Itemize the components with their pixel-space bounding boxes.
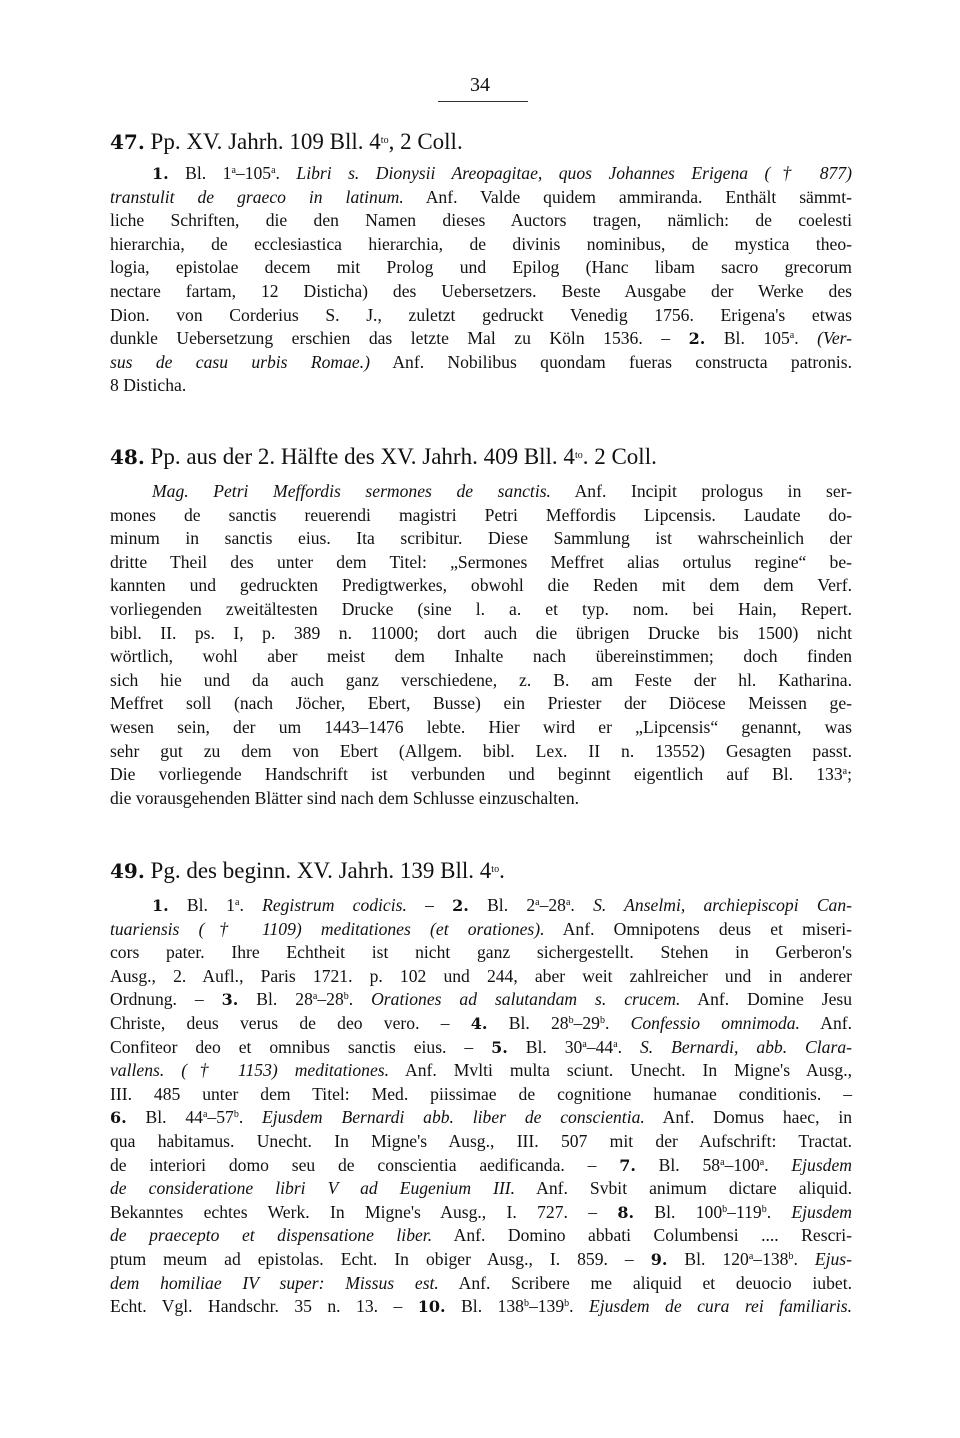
text-line: Meffret soll (nach Jöcher, Ebert, Busse)… <box>110 692 852 716</box>
text-line: ptum meum ad epistolas. Echt. In obiger … <box>110 1248 852 1272</box>
heading-tail: . <box>499 858 505 883</box>
entry-number: 48. <box>110 445 145 469</box>
text-line: de praecepto et dispensatione liber. Anf… <box>110 1224 852 1248</box>
entry-body: 1. Bl. 1a–105a. Libri s. Dionysii Areopa… <box>110 162 852 398</box>
entry-heading-text: Pp. aus der 2. Hälfte des XV. Jahrh. 409… <box>151 444 575 469</box>
text-line: vorliegenden zweitältesten Drucke (sine … <box>110 598 852 622</box>
text-line: cors pater. Ihre Echtheit ist nicht ganz… <box>110 941 852 965</box>
entry-body: 1. Bl. 1a. Registrum codicis. – 2. Bl. 2… <box>110 894 852 1319</box>
text-line: wörtlich, wohl aber meist dem Inhalte na… <box>110 645 852 669</box>
text-line: nectare fartam, 12 Disticha) des Ueberse… <box>110 280 852 304</box>
entry-number: 49. <box>110 859 145 883</box>
text-line: III. 485 unter dem Titel: Med. piissimae… <box>110 1083 852 1107</box>
heading-sup: to <box>575 450 583 461</box>
text-line: Ausg., 2. Aufl., Paris 1721. p. 102 und … <box>110 965 852 989</box>
text-line: liche Schriften, die den Namen dieses Au… <box>110 209 852 233</box>
entry-heading-text: Pp. XV. Jahrh. 109 Bll. 4 <box>151 129 381 154</box>
text-line: Confiteor deo et omnibus sanctis eius. –… <box>110 1036 852 1060</box>
text-line: die vorausgehenden Blätter sind nach dem… <box>110 787 852 811</box>
heading-sup: to <box>491 864 499 875</box>
text-line: tuariensis († 1109) meditationes (et ora… <box>110 918 852 942</box>
entry-48: 48. Pp. aus der 2. Hälfte des XV. Jahrh.… <box>110 443 852 810</box>
page-number: 34 <box>0 74 960 97</box>
text-line: Die vorliegende Handschrift ist verbunde… <box>110 763 852 787</box>
text-line: Echt. Vgl. Handschr. 35 n. 13. – 10. Bl.… <box>110 1295 852 1319</box>
entry-47: 47. Pp. XV. Jahrh. 109 Bll. 4to, 2 Coll.… <box>110 128 852 398</box>
entry-number: 47. <box>110 130 145 154</box>
text-line: transtulit de graeco in latinum. Anf. Va… <box>110 186 852 210</box>
heading-tail: , 2 Coll. <box>389 129 463 154</box>
text-line: sich hie und da auch ganz verschiedene, … <box>110 669 852 693</box>
entry-heading: 47. Pp. XV. Jahrh. 109 Bll. 4to, 2 Coll. <box>110 128 852 156</box>
text-line: 6. Bl. 44a–57b. Ejusdem Bernardi abb. li… <box>110 1106 852 1130</box>
text-line: qua habitamus. Unecht. In Migne's Ausg.,… <box>110 1130 852 1154</box>
text-line: de interiori domo seu de conscientia aed… <box>110 1154 852 1178</box>
text-line: dunkle Uebersetzung erschien das letzte … <box>110 327 852 351</box>
page-number-rule <box>438 101 528 102</box>
text-line: Mag. Petri Meffordis sermones de sanctis… <box>110 480 852 504</box>
text-line: bibl. II. ps. I, p. 389 n. 11000; dort a… <box>110 622 852 646</box>
entry-heading: 49. Pg. des beginn. XV. Jahrh. 139 Bll. … <box>110 857 852 885</box>
text-line: Ordnung. – 3. Bl. 28a–28b. Orationes ad … <box>110 988 852 1012</box>
text-line: 8 Disticha. <box>110 374 852 398</box>
text-line: dem homiliae IV super: Missus est. Anf. … <box>110 1272 852 1296</box>
text-line: kannten und gedruckten Predigtwerkes, ob… <box>110 574 852 598</box>
text-line: mones de sanctis reuerendi magistri Petr… <box>110 504 852 528</box>
text-line: sehr gut zu dem von Ebert (Allgem. bibl.… <box>110 740 852 764</box>
text-line: wesen sein, der um 1443–1476 lebte. Hier… <box>110 716 852 740</box>
text-line: dritte Theil des unter dem Titel: „Sermo… <box>110 551 852 575</box>
entry-heading-text: Pg. des beginn. XV. Jahrh. 139 Bll. 4 <box>151 858 492 883</box>
text-line: sus de casu urbis Romae.) Anf. Nobilibus… <box>110 351 852 375</box>
text-line: de consideratione libri V ad Eugenium II… <box>110 1177 852 1201</box>
heading-tail: . 2 Coll. <box>583 444 657 469</box>
text-line: logia, epistolae decem mit Prolog und Ep… <box>110 256 852 280</box>
entry-heading: 48. Pp. aus der 2. Hälfte des XV. Jahrh.… <box>110 443 852 471</box>
text-line: Dion. von Corderius S. J., zuletzt gedru… <box>110 304 852 328</box>
text-line: Bekanntes echtes Werk. In Migne's Ausg.,… <box>110 1201 852 1225</box>
text-line: 1. Bl. 1a. Registrum codicis. – 2. Bl. 2… <box>110 894 852 918</box>
text-line: hierarchia, de ecclesiastica hierarchia,… <box>110 233 852 257</box>
heading-sup: to <box>381 135 389 146</box>
text-line: vallens. († 1153) meditationes. Anf. Mvl… <box>110 1059 852 1083</box>
entry-49: 49. Pg. des beginn. XV. Jahrh. 139 Bll. … <box>110 857 852 1319</box>
text-line: 1. Bl. 1a–105a. Libri s. Dionysii Areopa… <box>110 162 852 186</box>
entry-body: Mag. Petri Meffordis sermones de sanctis… <box>110 480 852 810</box>
text-line: Christe, deus verus de deo vero. – 4. Bl… <box>110 1012 852 1036</box>
text-line: minum in sanctis eius. Ita scribitur. Di… <box>110 527 852 551</box>
